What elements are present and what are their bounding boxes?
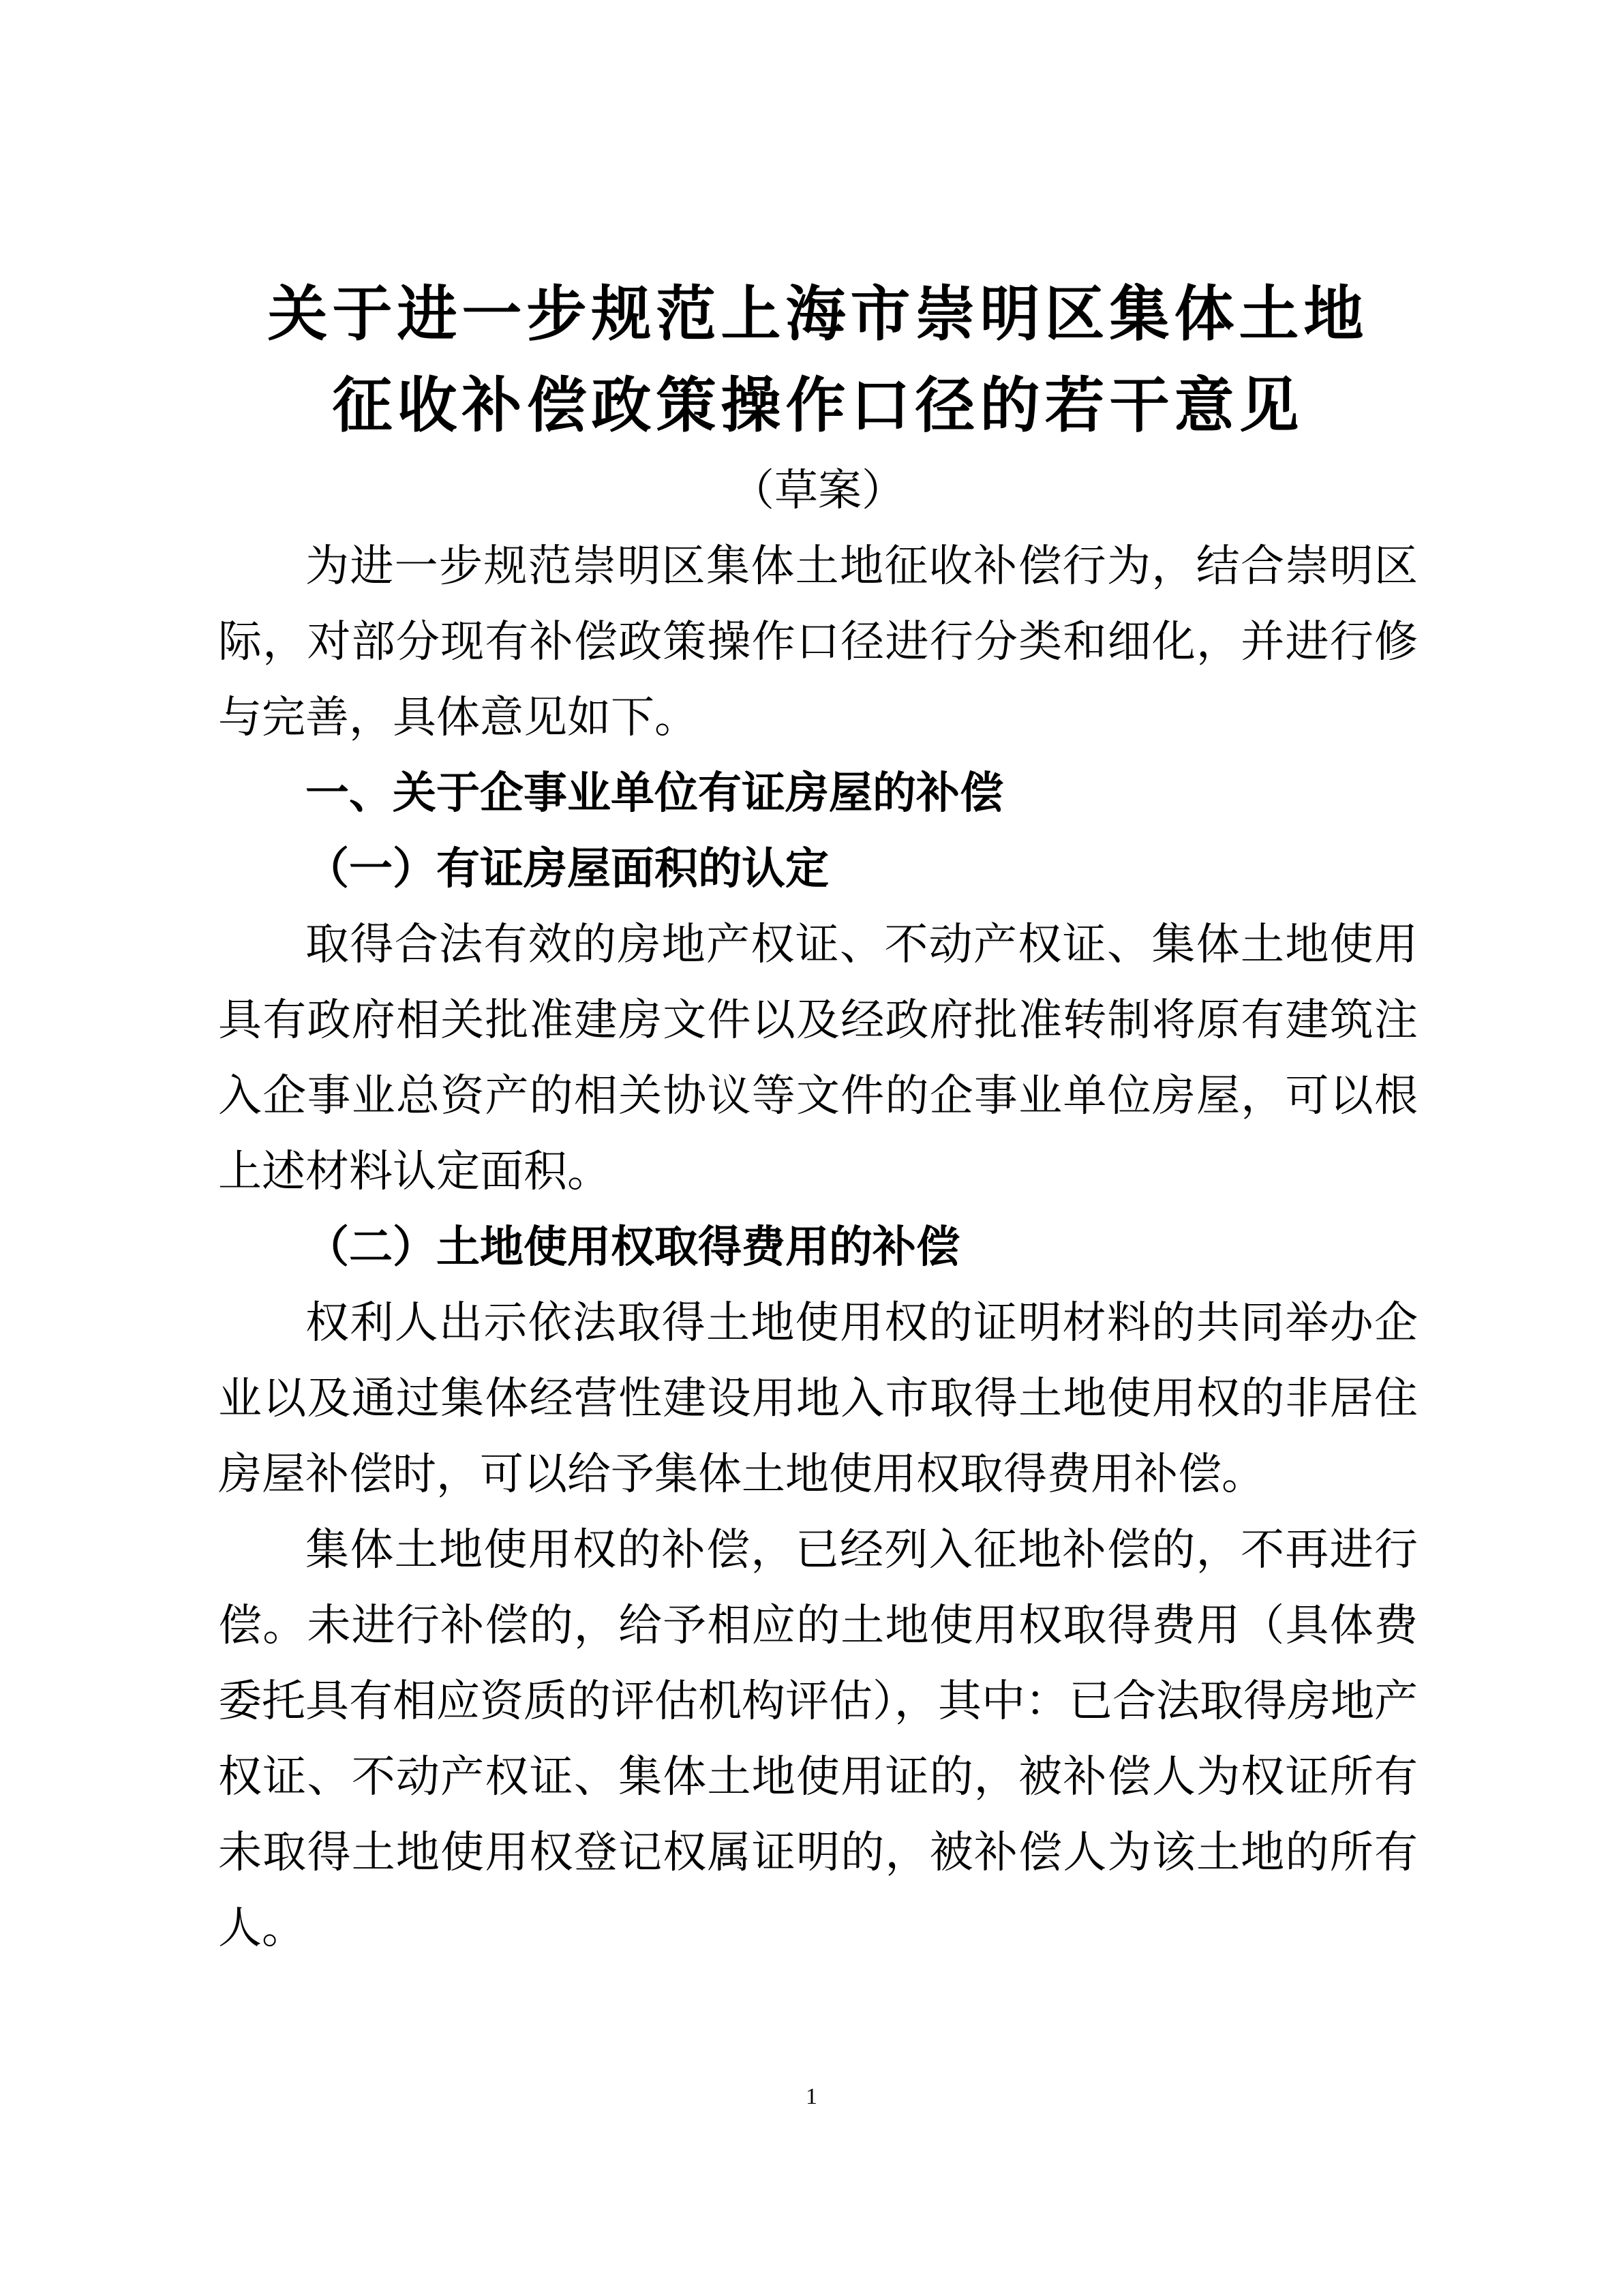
paragraph-line: 权利人出示依法取得土地使用权的证明材料的共同举办企 — [218, 1285, 1418, 1361]
paragraph-line: 房屋补偿时，可以给予集体土地使用权取得费用补偿。 — [218, 1436, 1418, 1512]
paragraph-line: 为进一步规范崇明区集体土地征收补偿行为，结合崇明区实 — [218, 528, 1418, 604]
paragraph: 集体土地使用权的补偿，已经列入征地补偿的，不再进行补偿。未进行补偿的，给予相应的… — [218, 1512, 1418, 1966]
paragraph: 为进一步规范崇明区集体土地征收补偿行为，结合崇明区实际，对部分现有补偿政策操作口… — [218, 528, 1418, 755]
sub-heading: （一）有证房屋面积的认定 — [218, 831, 1418, 907]
sub-heading-line: （二）土地使用权取得费用的补偿 — [218, 1209, 1418, 1285]
document-subtitle: （草案） — [218, 453, 1418, 528]
paragraph-line: 集体土地使用权的补偿，已经列入征地补偿的，不再进行补 — [218, 1512, 1418, 1588]
document-title-line-1: 关于进一步规范上海市崇明区集体土地 — [218, 270, 1418, 361]
page-number: 1 — [0, 2083, 1623, 2111]
section-heading-line: 一、关于企事业单位有证房屋的补偿 — [218, 755, 1418, 831]
paragraph-line: 业以及通过集体经营性建设用地入市取得土地使用权的非居住 — [218, 1361, 1418, 1436]
sub-heading-line: （一）有证房屋面积的认定 — [218, 831, 1418, 907]
paragraph-line: 委托具有相应资质的评估机构评估），其中：已合法取得房地产 — [218, 1663, 1418, 1739]
document-title: 关于进一步规范上海市崇明区集体土地 征收补偿政策操作口径的若干意见 — [218, 270, 1418, 453]
paragraph-line: 权证、不动产权证、集体土地使用证的，被补偿人为权证所有人； — [218, 1739, 1418, 1815]
document-title-line-2: 征收补偿政策操作口径的若干意见 — [218, 361, 1418, 453]
paragraph-line: 入企事业总资产的相关协议等文件的企事业单位房屋，可以根据 — [218, 1058, 1418, 1134]
paragraph-line: 人。 — [218, 1890, 1418, 1966]
paragraph-line: 取得合法有效的房地产权证、不动产权证、集体土地使用证； — [218, 907, 1418, 982]
paragraph-line: 际，对部分现有补偿政策操作口径进行分类和细化，并进行修订 — [218, 604, 1418, 680]
paragraph-line: 未取得土地使用权登记权属证明的，被补偿人为该土地的所有权 — [218, 1815, 1418, 1890]
paragraph: 取得合法有效的房地产权证、不动产权证、集体土地使用证；具有政府相关批准建房文件以… — [218, 907, 1418, 1209]
paragraph-line: 偿。未进行补偿的，给予相应的土地使用权取得费用（具体费用 — [218, 1588, 1418, 1663]
document-content: 关于进一步规范上海市崇明区集体土地 征收补偿政策操作口径的若干意见 （草案） 为… — [218, 270, 1418, 1966]
paragraph-line: 与完善，具体意见如下。 — [218, 680, 1418, 755]
paragraph-line: 具有政府相关批准建房文件以及经政府批准转制将原有建筑注 — [218, 982, 1418, 1058]
section-heading: 一、关于企事业单位有证房屋的补偿 — [218, 755, 1418, 831]
document-body: 为进一步规范崇明区集体土地征收补偿行为，结合崇明区实际，对部分现有补偿政策操作口… — [218, 528, 1418, 1966]
paragraph: 权利人出示依法取得土地使用权的证明材料的共同举办企业以及通过集体经营性建设用地入… — [218, 1285, 1418, 1512]
document-page: 关于进一步规范上海市崇明区集体土地 征收补偿政策操作口径的若干意见 （草案） 为… — [0, 0, 1623, 2296]
paragraph-line: 上述材料认定面积。 — [218, 1134, 1418, 1209]
sub-heading: （二）土地使用权取得费用的补偿 — [218, 1209, 1418, 1285]
